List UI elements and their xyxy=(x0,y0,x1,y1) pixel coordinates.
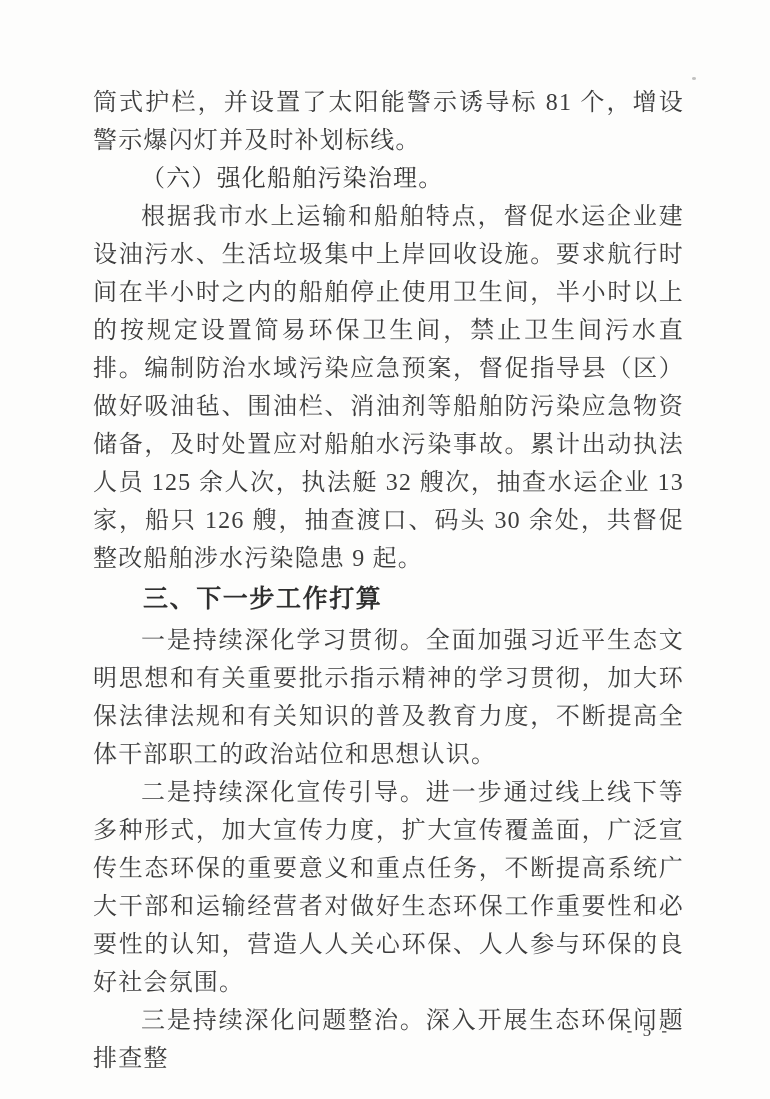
subsection-heading: （六）强化船舶污染治理。 xyxy=(93,160,684,198)
scan-speck xyxy=(692,77,696,80)
paragraph: 三是持续深化问题整治。深入开展生态环保问题排查整 xyxy=(93,1002,684,1078)
page-number: - 5 - xyxy=(627,1021,670,1041)
section-heading: 三、下一步工作打算 xyxy=(93,580,684,618)
document-page: 筒式护栏，并设置了太阳能警示诱导标 81 个，增设警示爆闪灯并及时补划标线。 （… xyxy=(0,0,770,1099)
paragraph: 根据我市水上运输和船舶特点，督促水运企业建设油污水、生活垃圾集中上岸回收设施。要… xyxy=(93,198,684,578)
paragraph-continuation: 筒式护栏，并设置了太阳能警示诱导标 81 个，增设警示爆闪灯并及时补划标线。 xyxy=(93,84,684,160)
paragraph: 一是持续深化学习贯彻。全面加强习近平生态文明思想和有关重要批示指示精神的学习贯彻… xyxy=(93,622,684,774)
paragraph: 二是持续深化宣传引导。进一步通过线上线下等多种形式，加大宣传力度，扩大宣传覆盖面… xyxy=(93,774,684,1002)
